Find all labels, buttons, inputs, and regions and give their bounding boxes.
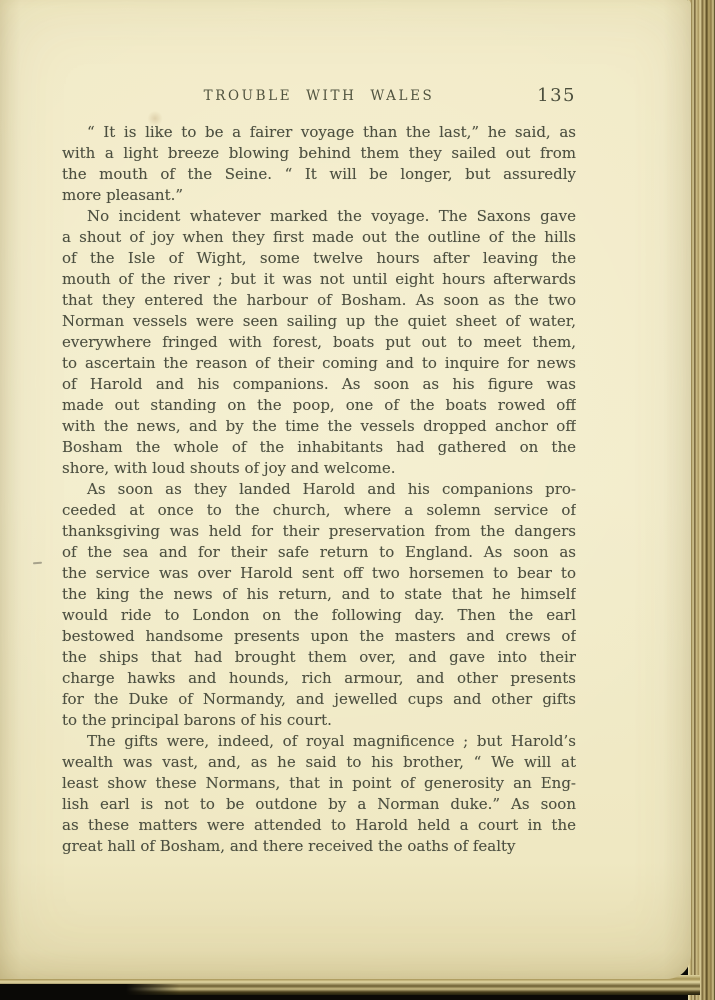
text-line: everywhere fringed with forest, boats pu… (62, 332, 576, 353)
page-stack-edge-right (688, 0, 715, 1000)
page-number: 135 (537, 85, 576, 106)
text-line: of the sea and for their safe return to … (62, 542, 576, 563)
text-line: shore, with loud shouts of joy and welco… (62, 458, 576, 479)
text-line: Bosham the whole of the inhabitants had … (62, 437, 576, 458)
text-line: least show these Normans, that in point … (62, 773, 576, 794)
text-line: thanksgiving was held for their preserva… (62, 521, 576, 542)
text-line: of the Isle of Wight, some twelve hours … (62, 248, 576, 269)
text-line: for the Duke of Normandy, and jewelled c… (62, 689, 576, 710)
text-line: Norman vessels were seen sailing up the … (62, 311, 576, 332)
text-line: made out standing on the poop, one of th… (62, 395, 576, 416)
text-line: great hall of Bosham, and there received… (62, 836, 576, 857)
margin-pencil-mark (33, 562, 42, 565)
text-line: As soon as they landed Harold and his co… (62, 479, 576, 500)
text-line: to the principal barons of his court. (62, 710, 576, 731)
paragraph: The gifts were, indeed, of royal magnifi… (62, 731, 576, 857)
text-line: “ It is like to be a fairer voyage than … (62, 122, 576, 143)
book-page: TROUBLE WITH WALES 135 “ It is like to b… (0, 0, 691, 979)
text-block: “ It is like to be a fairer voyage than … (62, 122, 576, 857)
text-line: The gifts were, indeed, of royal magnifi… (62, 731, 576, 752)
text-line: charge hawks and hounds, rich armour, an… (62, 668, 576, 689)
text-line: to ascertain the reason of their coming … (62, 353, 576, 374)
text-line: the king the news of his return, and to … (62, 584, 576, 605)
text-line: wealth was vast, and, as he said to his … (62, 752, 576, 773)
text-line: the mouth of the Seine. “ It will be lon… (62, 164, 576, 185)
text-line: as these matters were attended to Harold… (62, 815, 576, 836)
text-line: with the news, and by the time the vesse… (62, 416, 576, 437)
scan-shadow-bottom-left (0, 984, 180, 1000)
text-line: mouth of the river ; but it was not unti… (62, 269, 576, 290)
text-line: the ships that had brought them over, an… (62, 647, 576, 668)
chapter-running-title: TROUBLE WITH WALES (62, 88, 576, 104)
paragraph: As soon as they landed Harold and his co… (62, 479, 576, 731)
text-line: lish earl is not to be outdone by a Norm… (62, 794, 576, 815)
running-head: TROUBLE WITH WALES 135 (62, 85, 576, 107)
paragraph: “ It is like to be a fairer voyage than … (62, 122, 576, 206)
book-scan: TROUBLE WITH WALES 135 “ It is like to b… (0, 0, 715, 1000)
text-line: the service was over Harold sent off two… (62, 563, 576, 584)
text-line: with a light breeze blowing behind them … (62, 143, 576, 164)
paragraph: No incident whatever marked the voyage. … (62, 206, 576, 479)
text-line: more pleasant.” (62, 185, 576, 206)
text-line: of Harold and his companions. As soon as… (62, 374, 576, 395)
text-line: a shout of joy when they first made out … (62, 227, 576, 248)
text-line: bestowed handsome presents upon the mast… (62, 626, 576, 647)
text-line: No incident whatever marked the voyage. … (62, 206, 576, 227)
text-line: ceeded at once to the church, where a so… (62, 500, 576, 521)
text-line: that they entered the harbour of Bosham.… (62, 290, 576, 311)
text-line: would ride to London on the following da… (62, 605, 576, 626)
